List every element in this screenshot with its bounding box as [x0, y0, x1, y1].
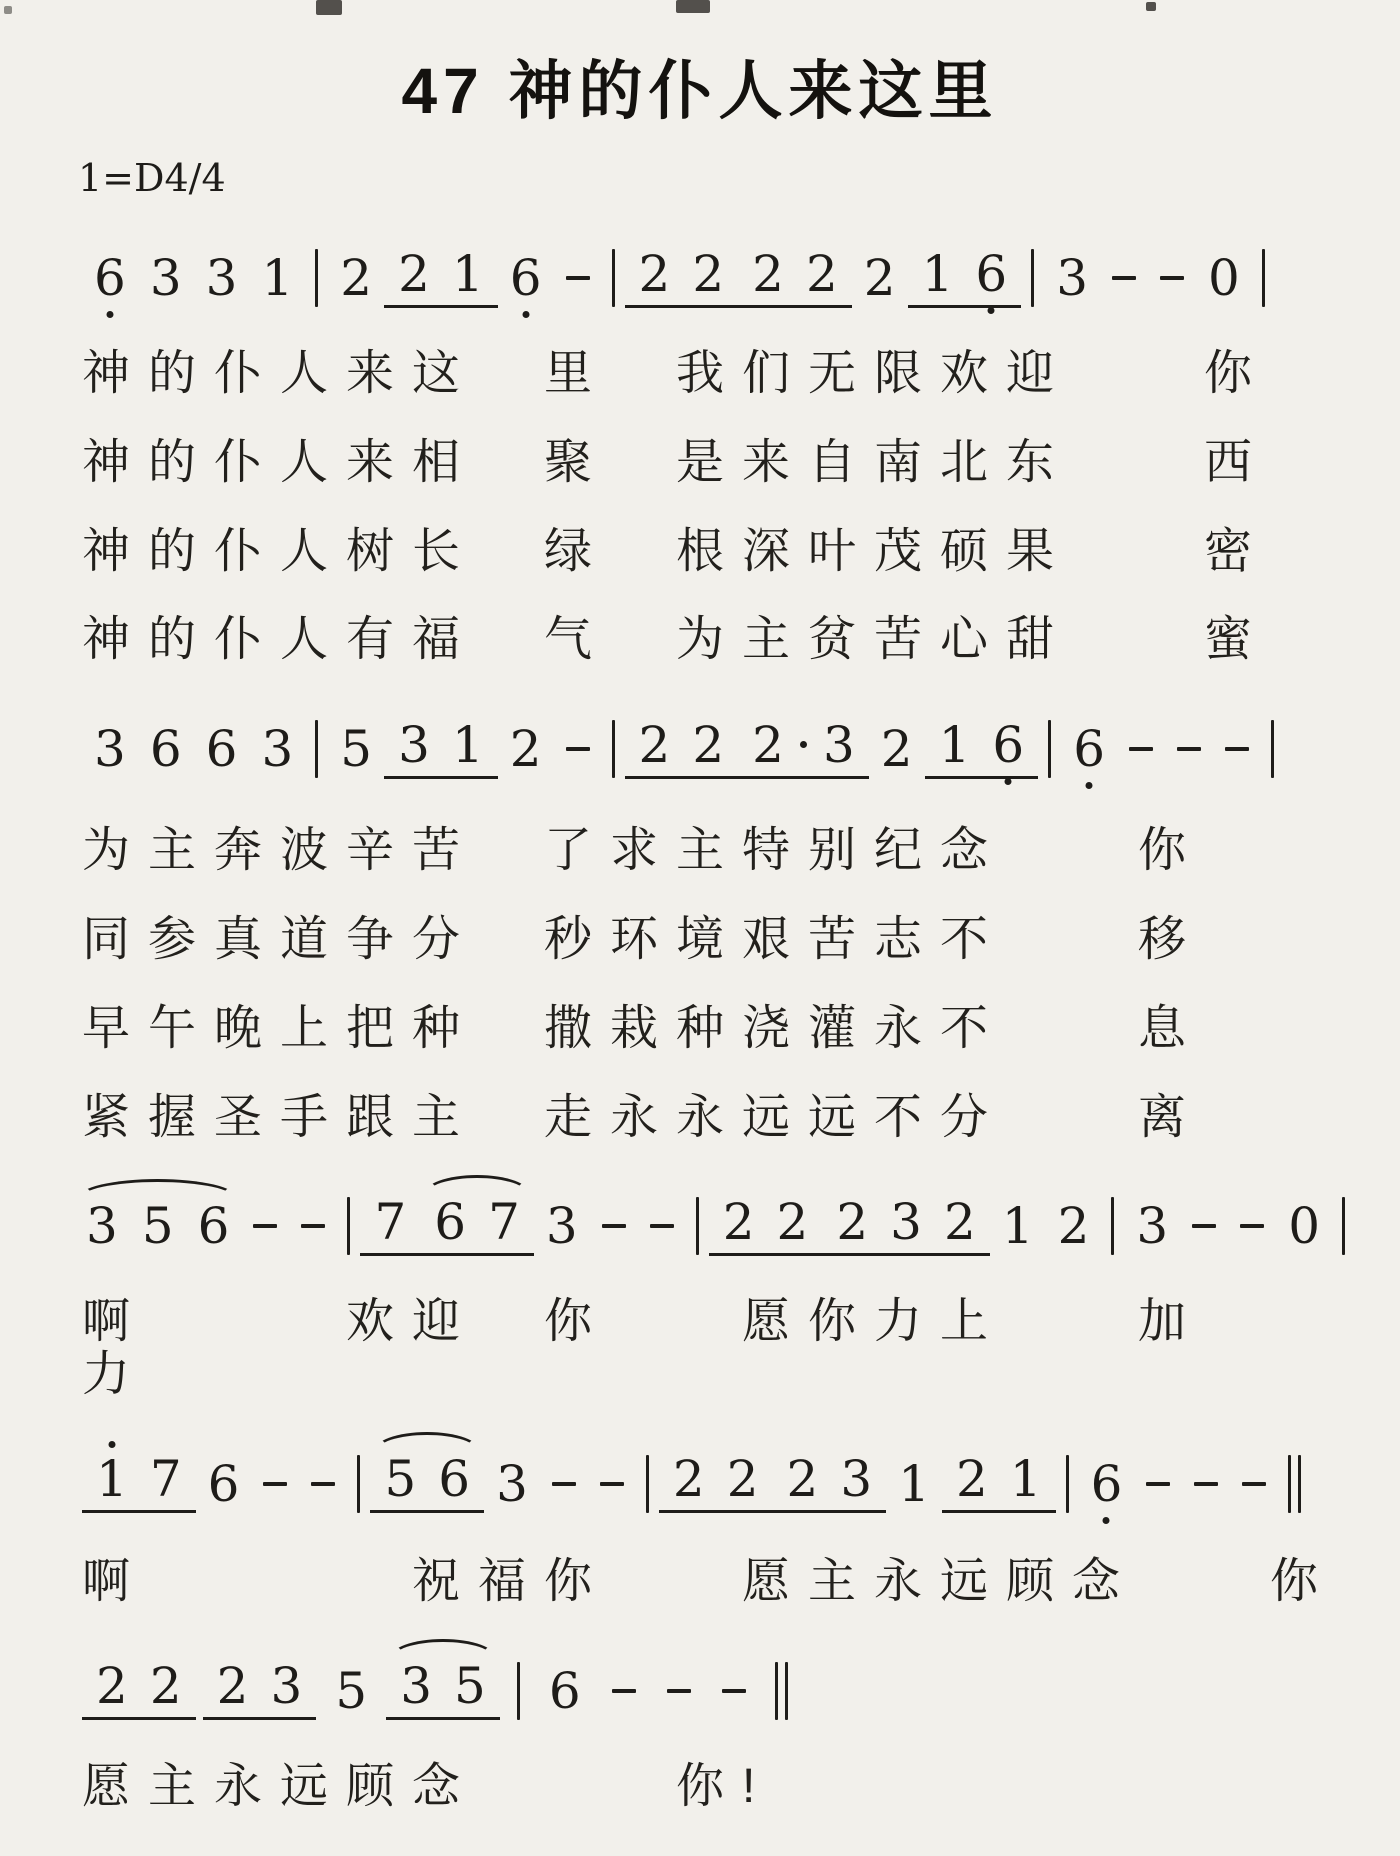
- lyric-line-verse2: 神的仆人来相 聚 是来自南北东 西: [0, 437, 1400, 490]
- note-digit: 6: [206, 724, 238, 774]
- note-digit: 3: [890, 1197, 922, 1247]
- note-digit: 6: [975, 249, 1007, 299]
- duration-dash: [722, 1689, 746, 1693]
- octave-dot-below: [1103, 1517, 1110, 1524]
- duration-dash: [612, 1689, 636, 1693]
- duration-dash: [650, 1224, 674, 1228]
- note-group-slur: 356: [74, 1201, 241, 1251]
- bar-line: [646, 1455, 649, 1513]
- note-group-beam: 23: [738, 720, 869, 779]
- note-digit: 2: [727, 1454, 759, 1504]
- note-group: [1056, 1455, 1079, 1513]
- note-group: 2: [1046, 1201, 1102, 1251]
- lyric-line-refrain2: 啊 祝福你 愿主永远顾念 你: [0, 1556, 1400, 1609]
- note-group: 3: [1044, 253, 1100, 303]
- note-digit: 2: [639, 720, 671, 770]
- note-group: 0: [1196, 253, 1252, 303]
- duration-dash: [600, 1482, 624, 1486]
- note-group: 6: [1061, 724, 1117, 774]
- octave-dot-below: [522, 311, 529, 318]
- duration-dash: [1146, 1482, 1170, 1486]
- note-group: [602, 720, 625, 778]
- note-digit: 2: [777, 1197, 809, 1247]
- music-line-5: 22235356: [0, 1639, 798, 1743]
- note-digit: 2: [956, 1454, 988, 1504]
- note-digit: 6: [208, 1459, 240, 1509]
- bar-line: [357, 1455, 360, 1513]
- note-group: 6: [1079, 1459, 1135, 1509]
- note-group-beam: 22: [625, 720, 739, 779]
- note-digit: 3: [261, 724, 293, 774]
- note-digit: 2: [836, 1197, 868, 1247]
- note-digit: 6: [94, 253, 126, 303]
- note-digit: 5: [340, 724, 372, 774]
- double-bar-line: [1288, 1455, 1301, 1513]
- note-digit: 5: [384, 1454, 416, 1504]
- bar-line: [612, 720, 615, 778]
- note-group: 1: [249, 253, 305, 303]
- note-group: [1148, 276, 1196, 280]
- note-group: 2: [869, 724, 925, 774]
- note-group: [1261, 720, 1284, 778]
- bar-line: [315, 720, 318, 778]
- note-digit: 6: [549, 1666, 581, 1716]
- note-group: [765, 1662, 798, 1720]
- note-group: [710, 1689, 758, 1693]
- note-digit: 2: [1058, 1201, 1090, 1251]
- duration-dash: [1112, 276, 1136, 280]
- bar-line: [1048, 720, 1051, 778]
- note-group: [1021, 249, 1044, 307]
- bar-line: [1111, 1197, 1114, 1255]
- note-group-beam: 22: [625, 249, 739, 308]
- note-digit: 2: [723, 1197, 755, 1247]
- note-group: 5: [328, 724, 384, 774]
- music-line-4: 17656322231216: [0, 1432, 1224, 1536]
- note-group-beam: 31: [384, 720, 498, 779]
- note-digit: 2: [692, 249, 724, 299]
- lyric-line-verse4: 神的仆人有福 气 为主贫苦心甜 蜜: [0, 614, 1400, 667]
- note-group-beam: 232: [822, 1197, 989, 1256]
- note-group-beam: 17: [82, 1454, 196, 1513]
- scan-artifact: [1146, 2, 1156, 11]
- note-group: 3: [484, 1459, 540, 1509]
- music-line-3: 3567673222321230: [0, 1174, 1286, 1278]
- note-group: [554, 747, 602, 751]
- note-digit: 2: [787, 1454, 819, 1504]
- note-group: [1117, 747, 1165, 751]
- note-group: 3: [82, 724, 138, 774]
- note-digit: 7: [150, 1454, 182, 1504]
- lyric-line-verse1b: 为主奔波辛苦 了求主特别纪念 你: [0, 825, 1400, 878]
- note-digit: 1: [452, 720, 484, 770]
- duration-dash: [602, 1224, 626, 1228]
- note-digit: 0: [1208, 253, 1240, 303]
- note-digit: 2: [673, 1454, 705, 1504]
- octave-dot-below: [988, 307, 995, 314]
- duration-dash: [1177, 747, 1201, 751]
- lyric-line-final: 愿主永远顾念 你!: [0, 1761, 1400, 1814]
- note-group: [1228, 1224, 1276, 1228]
- note-group-beam: 7: [360, 1197, 420, 1256]
- note-digit: 3: [94, 724, 126, 774]
- note-group: [1180, 1224, 1228, 1228]
- octave-dot-below: [1005, 778, 1012, 785]
- note-group-beam: 22: [659, 1454, 773, 1513]
- scan-artifact: [4, 6, 12, 14]
- note-group: [1230, 1482, 1278, 1486]
- note-group: [600, 1689, 648, 1693]
- octave-dot-below: [1086, 782, 1093, 789]
- note-digit: 1: [261, 253, 293, 303]
- note-group: 6: [196, 1459, 252, 1509]
- note-digit: 7: [488, 1197, 520, 1247]
- note-group: [507, 1662, 530, 1720]
- bar-line: [1066, 1455, 1069, 1513]
- note-digit: 3: [400, 1661, 432, 1711]
- duration-dash: [667, 1689, 691, 1693]
- note-group: 1: [886, 1459, 942, 1509]
- note-group: [305, 249, 328, 307]
- duration-dash: [1242, 1482, 1266, 1486]
- note-digit: 2: [510, 724, 542, 774]
- note-digit: 2: [752, 720, 784, 770]
- note-digit: 5: [454, 1661, 486, 1711]
- note-group: 6: [537, 1666, 593, 1716]
- note-group: [305, 720, 328, 778]
- note-digit: 6: [150, 724, 182, 774]
- song-title: 47 神的仆人来这里: [0, 0, 1400, 132]
- note-group: 2: [328, 253, 384, 303]
- duration-dash: [311, 1482, 335, 1486]
- note-group: [1038, 720, 1061, 778]
- note-group-beam: 16: [908, 249, 1022, 308]
- note-group: [588, 1482, 636, 1486]
- lyric-line-verse2b: 同参真道争分 秒环境艰苦志不 移: [0, 914, 1400, 967]
- duration-dash: [263, 1482, 287, 1486]
- double-bar-line: [775, 1662, 788, 1720]
- note-group: [1100, 276, 1148, 280]
- note-group: [241, 1224, 289, 1228]
- note-group: [347, 1455, 370, 1513]
- note-group: 1: [990, 1201, 1046, 1251]
- note-digit: 3: [398, 720, 430, 770]
- scan-artifact: [676, 0, 710, 13]
- note-group-beam: 22: [82, 1661, 196, 1720]
- note-group-beam: 16: [925, 720, 1039, 779]
- lyric-line-refrain1: 啊 欢迎 你 愿你力上 加 力: [0, 1296, 1400, 1402]
- duration-dash: [301, 1224, 325, 1228]
- bar-line: [1271, 720, 1274, 778]
- note-digit: 3: [206, 253, 238, 303]
- note-group: [1101, 1197, 1124, 1255]
- lyric-line-verse3b: 早午晚上把种 撒栽种浇灌永不 息: [0, 1003, 1400, 1056]
- augmentation-dot: [800, 741, 807, 748]
- note-digit: 2: [639, 249, 671, 299]
- note-group: 6: [498, 253, 554, 303]
- note-digit: 3: [496, 1459, 528, 1509]
- note-digit: 5: [335, 1666, 367, 1716]
- note-group: 3: [1124, 1201, 1180, 1251]
- note-digit: 3: [1056, 253, 1088, 303]
- note-digit: 6: [434, 1197, 466, 1247]
- note-group: [540, 1482, 588, 1486]
- note-group: 0: [1276, 1201, 1332, 1251]
- note-group-beam: 23: [773, 1454, 887, 1513]
- duration-dash: [1194, 1482, 1218, 1486]
- note-group: 6: [138, 724, 194, 774]
- lyric-line-verse1: 神的仆人来这 里 我们无限欢迎 你: [0, 348, 1400, 401]
- note-digit: 2: [864, 253, 896, 303]
- note-digit: 6: [510, 253, 542, 303]
- duration-dash: [566, 276, 590, 280]
- note-group-beam: 23: [203, 1661, 317, 1720]
- note-group-beam: 21: [384, 249, 498, 308]
- note-digit: 6: [1091, 1459, 1123, 1509]
- octave-dot-below: [106, 311, 113, 318]
- note-digit: 2: [96, 1661, 128, 1711]
- note-digit: 2: [150, 1661, 182, 1711]
- note-group: [638, 1224, 686, 1228]
- note-digit: 7: [374, 1197, 406, 1247]
- note-group: 2: [852, 253, 908, 303]
- music-line-1: 63312216222221630: [0, 226, 1174, 330]
- note-group: [1182, 1482, 1230, 1486]
- note-digit: 1: [1002, 1201, 1034, 1251]
- note-digit: 3: [546, 1201, 578, 1251]
- note-group: [602, 249, 625, 307]
- note-digit: 2: [752, 249, 784, 299]
- bar-line: [517, 1662, 520, 1720]
- lyric-line-verse4b: 紧握圣手跟主 走永永远远不分 离: [0, 1092, 1400, 1145]
- scan-artifact: [316, 0, 342, 15]
- sheet-music-page: 47 神的仆人来这里 1=D4/4 63312216222221630 神的仆人…: [0, 0, 1400, 1856]
- note-group-beam: 21: [942, 1454, 1056, 1513]
- note-digit: 2: [398, 249, 430, 299]
- note-group: [655, 1689, 703, 1693]
- note-group: [251, 1482, 299, 1486]
- music-line-2: 3663531222232166: [0, 697, 1188, 801]
- note-group: 6: [82, 253, 138, 303]
- note-group: [1213, 747, 1261, 751]
- bar-line: [315, 249, 318, 307]
- note-group: [1252, 249, 1275, 307]
- note-group-slur: 35: [386, 1661, 500, 1720]
- note-group: 3: [534, 1201, 590, 1251]
- note-digit: 3: [840, 1454, 872, 1504]
- note-digit: 3: [270, 1661, 302, 1711]
- note-digit: 3: [1136, 1201, 1168, 1251]
- note-digit: 1: [1010, 1454, 1042, 1504]
- duration-dash: [253, 1224, 277, 1228]
- note-digit: 6: [198, 1201, 230, 1251]
- octave-dot-above: [108, 1441, 115, 1448]
- note-digit: 2: [692, 720, 724, 770]
- note-digit: 2: [217, 1661, 249, 1711]
- note-group: [299, 1482, 347, 1486]
- note-digit: 2: [806, 249, 838, 299]
- bar-line: [347, 1197, 350, 1255]
- note-digit: 5: [142, 1201, 174, 1251]
- note-digit: 1: [96, 1454, 128, 1504]
- note-group: 6: [194, 724, 250, 774]
- note-group: [337, 1197, 360, 1255]
- note-digit: 6: [1073, 724, 1105, 774]
- bar-line: [1342, 1197, 1345, 1255]
- note-digit: 3: [86, 1201, 118, 1251]
- bar-line: [696, 1197, 699, 1255]
- note-digit: 1: [922, 249, 954, 299]
- duration-dash: [1129, 747, 1153, 751]
- duration-dash: [1192, 1224, 1216, 1228]
- duration-dash: [1160, 276, 1184, 280]
- note-digit: 2: [340, 253, 372, 303]
- note-group: 3: [194, 253, 250, 303]
- note-group: 5: [323, 1666, 379, 1716]
- note-group-slur: 56: [370, 1454, 484, 1513]
- note-digit: 6: [992, 720, 1024, 770]
- note-digit: 2: [944, 1197, 976, 1247]
- note-group: 2: [498, 724, 554, 774]
- note-digit: 6: [438, 1454, 470, 1504]
- note-group: [636, 1455, 659, 1513]
- note-group-beam: 22: [709, 1197, 823, 1256]
- note-group-beam: 22: [738, 249, 852, 308]
- note-group: [1165, 747, 1213, 751]
- duration-dash: [566, 747, 590, 751]
- duration-dash: [552, 1482, 576, 1486]
- note-digit: 1: [452, 249, 484, 299]
- duration-dash: [1240, 1224, 1264, 1228]
- duration-dash: [1225, 747, 1249, 751]
- note-digit: 1: [939, 720, 971, 770]
- note-digit: 0: [1288, 1201, 1320, 1251]
- bar-line: [612, 249, 615, 307]
- note-group: [1278, 1455, 1311, 1513]
- note-group: [1134, 1482, 1182, 1486]
- lyric-line-verse3: 神的仆人树长 绿 根深叶茂硕果 密: [0, 526, 1400, 579]
- note-group: [1332, 1197, 1355, 1255]
- note-group: [590, 1224, 638, 1228]
- note-group: [686, 1197, 709, 1255]
- note-group-slur: 67: [420, 1197, 534, 1256]
- note-group: [554, 276, 602, 280]
- note-digit: 1: [898, 1459, 930, 1509]
- note-digit: 2: [881, 724, 913, 774]
- bar-line: [1031, 249, 1034, 307]
- note-group: 3: [249, 724, 305, 774]
- note-group: 3: [138, 253, 194, 303]
- note-group: [289, 1224, 337, 1228]
- key-signature: 1=D4/4: [0, 156, 1400, 200]
- bar-line: [1262, 249, 1265, 307]
- note-digit: 3: [823, 720, 855, 770]
- note-digit: 3: [150, 253, 182, 303]
